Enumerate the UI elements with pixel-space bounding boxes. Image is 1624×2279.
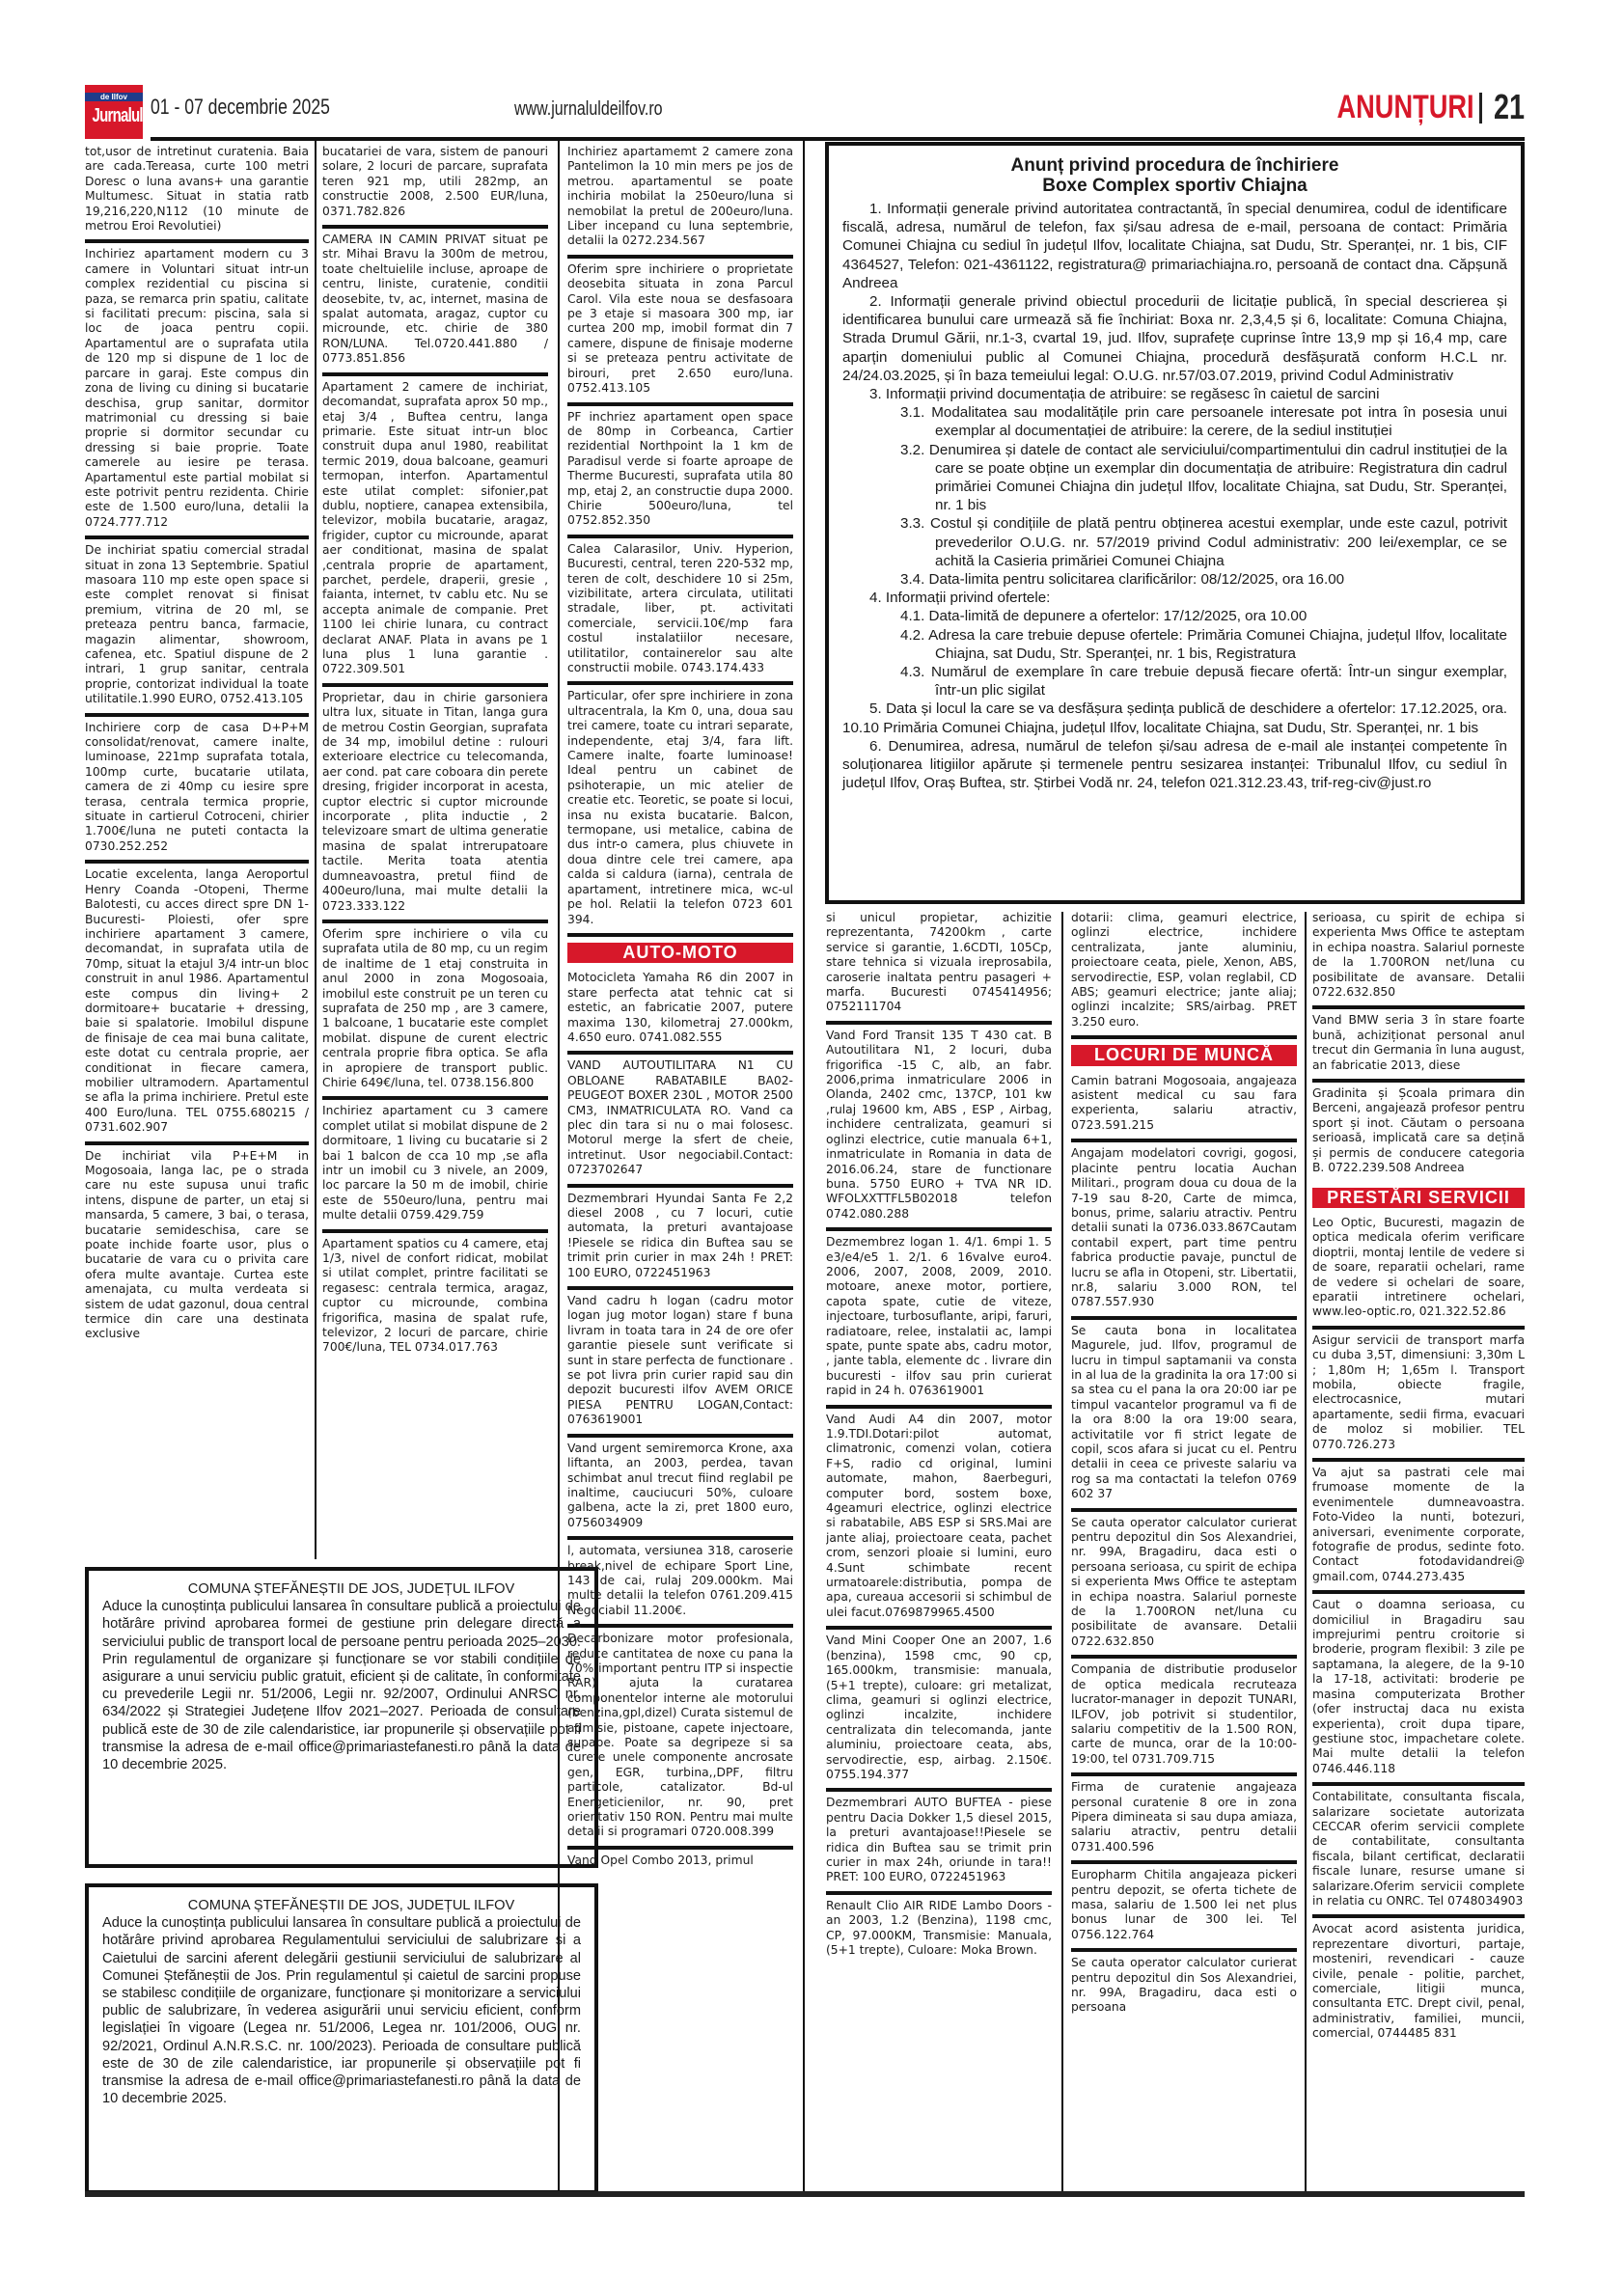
notice-title: Anunț privind procedura de închiriere Bo…: [842, 155, 1507, 196]
classified-ad: Dezmembrari Hyundai Santa Fe 2,2 diesel …: [567, 1188, 793, 1290]
notice-body: Aduce la cunoștința publicului lansarea …: [102, 1598, 581, 1773]
column-2: bucatariei de vara, sistem de panouri so…: [322, 141, 548, 1559]
divider: [1479, 93, 1482, 124]
classified-ad: VAND AUTOUTILITARA N1 CU OBLOANE RABATAB…: [567, 1055, 793, 1187]
classified-ad: Camin batrani Mogosoaia, angajeaza asist…: [1071, 1070, 1297, 1143]
chiajna-rental-notice: Anunț privind procedura de închiriere Bo…: [825, 142, 1525, 904]
classified-ad: PF inchriez apartament open space de 80m…: [567, 406, 793, 538]
classified-ad: Vand cadru h logan (cadru motor logan ju…: [567, 1290, 793, 1438]
logo-subtitle: de Ilfov: [85, 93, 143, 101]
newspaper-logo[interactable]: de Ilfov Jurnalul: [85, 85, 143, 139]
classified-ad: Se cauta operator calculator curierat pe…: [1071, 1952, 1297, 2021]
notice-subitem: 4.3. Numărul de exemplare în care trebui…: [842, 663, 1507, 700]
notice-subitem: 3.1. Modalitatea sau modalitățile prin c…: [842, 403, 1507, 440]
page-number: 21: [1494, 87, 1525, 127]
classified-ad: Apartament spatios cu 4 camere, etaj 1/3…: [322, 1233, 548, 1361]
classified-ad: Dezmembrez logan 1. 4/1. 6mpi 1. 5 e3/e4…: [826, 1231, 1052, 1408]
classified-ad: Vand Ford Transit 135 T 430 cat. B Autou…: [826, 1025, 1052, 1231]
notice-subitem: 4.2. Adresa la care trebuie depuse ofert…: [842, 626, 1507, 663]
column-4: si unicul propietar, achizitie reprezent…: [826, 907, 1052, 2191]
classified-ad: Proprietar, dau in chirie garsoniera ult…: [322, 687, 548, 923]
classified-ad: serioasa, cu spirit de echipa si experie…: [1312, 907, 1525, 1009]
classified-ad: Angajam modelatori covrigi, gogosi, plac…: [1071, 1142, 1297, 1319]
classified-ad: Calea Calarasilor, Univ. Hyperion, Bucur…: [567, 538, 793, 686]
issue-date: 01 - 07 decembrie 2025: [151, 95, 330, 120]
column-5: dotarii: clima, geamuri electrice, oglin…: [1071, 907, 1297, 2191]
classified-ad: bucatariei de vara, sistem de panouri so…: [322, 141, 548, 229]
classified-ad: Gradinita și Școala primara din Berceni,…: [1312, 1083, 1525, 1181]
classified-ad: Vand Mini Cooper One an 2007, 1.6 (benzi…: [826, 1630, 1052, 1792]
classified-ad: Decarbonizare motor profesionala, reduce…: [567, 1628, 793, 1850]
notice-subitem: 3.3. Costul și condițiile de plată pentr…: [842, 514, 1507, 570]
section-heading-services: PRESTĂRI SERVICII: [1312, 1188, 1525, 1208]
classified-ad: Firma de curatenie angajeaza personal cu…: [1071, 1776, 1297, 1864]
website-link[interactable]: www.jurnaluldeilfov.ro: [514, 98, 663, 121]
classified-ad: tot,usor de intretinut curatenia. Baia a…: [85, 141, 309, 243]
notice-body: Aduce la cunoștința publicului lansarea …: [102, 1914, 581, 2107]
footer-rule: [85, 2191, 1525, 2197]
classified-ad: Motocicleta Yamaha R6 din 2007 in stare …: [567, 967, 793, 1055]
logo-title: Jurnalul: [93, 101, 136, 130]
notice-paragraph: 2. Informații generale privind obiectul …: [842, 292, 1507, 385]
classified-ad: Se cauta operator calculator curierat pe…: [1071, 1512, 1297, 1660]
notice-paragraph: 6. Denumirea, adresa, numărul de telefon…: [842, 737, 1507, 793]
notice-heading: COMUNA ȘTEFĂNEȘTII DE JOS, JUDEȚUL ILFOV: [102, 1580, 581, 1598]
classified-ad: si unicul propietar, achizitie reprezent…: [826, 907, 1052, 1025]
column-1: tot,usor de intretinut curatenia. Baia a…: [85, 141, 309, 1559]
classified-ad: Oferim spre inchiriere o proprietate deo…: [567, 259, 793, 406]
notice-heading: COMUNA ȘTEFĂNEȘTII DE JOS, JUDEȚUL ILFOV: [102, 1897, 581, 1914]
classified-ad: Vand urgent semiremorca Krone, axa lifta…: [567, 1438, 793, 1540]
notice-subitem: 3.4. Data-limita pentru solicitarea clar…: [842, 570, 1507, 589]
notice-subitem: 4.1. Data-limită de depunere a ofertelor…: [842, 607, 1507, 625]
notice-paragraph: 5. Data și locul la care se va desfășura…: [842, 700, 1507, 736]
classified-ad: Se cauta bona in localitatea Magurele, j…: [1071, 1320, 1297, 1512]
classified-ad: Inchiriez apartamemt 2 camere zona Pante…: [567, 141, 793, 259]
classified-ad: dotarii: clima, geamuri electrice, oglin…: [1071, 907, 1297, 1039]
classified-ad: Locatie excelenta, langa Aeroportul Henr…: [85, 864, 309, 1144]
classified-ad: Renault Clio AIR RIDE Lambo Doors - an 2…: [826, 1895, 1052, 1964]
column-divider: [1305, 912, 1307, 2191]
classified-ad: De inchiriat spatiu comercial stradal si…: [85, 539, 309, 716]
column-divider: [315, 141, 317, 1559]
column-divider: [1061, 912, 1063, 2191]
classified-ad: De inchiriat vila P+E+M in Mogosoaia, la…: [85, 1145, 309, 1348]
classified-ad: Avocat acord asistenta juridica, repreze…: [1312, 1918, 1525, 2046]
section-title: ANUNȚURI: [1337, 89, 1474, 126]
section-heading-jobs: LOCURI DE MUNCĂ: [1071, 1045, 1297, 1065]
column-3: Inchiriez apartamemt 2 camere zona Pante…: [567, 141, 793, 2191]
classified-ad: Inchiriere corp de casa D+P+M consolidat…: [85, 717, 309, 865]
classified-ad: Asigur servicii de transport marfa cu du…: [1312, 1330, 1525, 1462]
classified-ad: Vand BMW seria 3 în stare foarte bună, a…: [1312, 1009, 1525, 1083]
classified-ad: Leo Optic, Bucuresti, magazin de optica …: [1312, 1212, 1525, 1330]
column-6: serioasa, cu spirit de echipa si experie…: [1312, 907, 1525, 2191]
notice-subitem: 3.2. Denumirea și datele de contact ale …: [842, 441, 1507, 515]
notice-paragraph: 4. Informații privind ofertele:: [842, 589, 1507, 607]
classified-ad: Va ajut sa pastrati cele mai frumoase mo…: [1312, 1462, 1525, 1594]
classified-ad: Inchiriez apartament cu 3 camere complet…: [322, 1100, 548, 1232]
classified-ad: Inchiriez apartament modern cu 3 camere …: [85, 243, 309, 539]
section-heading-auto-moto: AUTO-MOTO: [567, 943, 793, 963]
stefanesti-sanitation-notice: COMUNA ȘTEFĂNEȘTII DE JOS, JUDEȚUL ILFOV…: [85, 1883, 598, 2194]
classified-ad: Vand Audi A4 din 2007, motor 1.9.TDI.Dot…: [826, 1409, 1052, 1631]
classified-ad: CAMERA IN CAMIN PRIVAT situat pe str. Mi…: [322, 229, 548, 376]
classified-ad: Oferim spre inchiriere o vila cu suprafa…: [322, 923, 548, 1100]
classified-ad: Particular, ofer spre inchiriere in zona…: [567, 685, 793, 937]
stefanesti-transport-notice: COMUNA ȘTEFĂNEȘTII DE JOS, JUDEȚUL ILFOV…: [85, 1567, 598, 1868]
classified-ad: Contabilitate, consultanta fiscala, sala…: [1312, 1786, 1525, 1918]
column-divider: [803, 141, 805, 2191]
classified-ad: Dezmembrari AUTO BUFTEA - piese pentru D…: [826, 1792, 1052, 1894]
classified-ad: Europharm Chitila angajeaza pickeri pent…: [1071, 1864, 1297, 1952]
classified-ad: Compania de distributie produselor de op…: [1071, 1659, 1297, 1776]
classified-ad: Vand Opel Combo 2013, primul: [567, 1850, 793, 1874]
notice-paragraph: 1. Informații generale privind autoritat…: [842, 200, 1507, 292]
classified-ad: l, automata, versiunea 318, caroserie br…: [567, 1540, 793, 1628]
classified-ad: Apartament 2 camere de inchiriat, decoma…: [322, 376, 548, 687]
notice-paragraph: 3. Informații privind documentația de at…: [842, 385, 1507, 403]
classified-ad: Caut o doamna serioasa, cu domiciliul in…: [1312, 1594, 1525, 1786]
masthead: de Ilfov Jurnalul 01 - 07 decembrie 2025…: [85, 85, 1525, 145]
